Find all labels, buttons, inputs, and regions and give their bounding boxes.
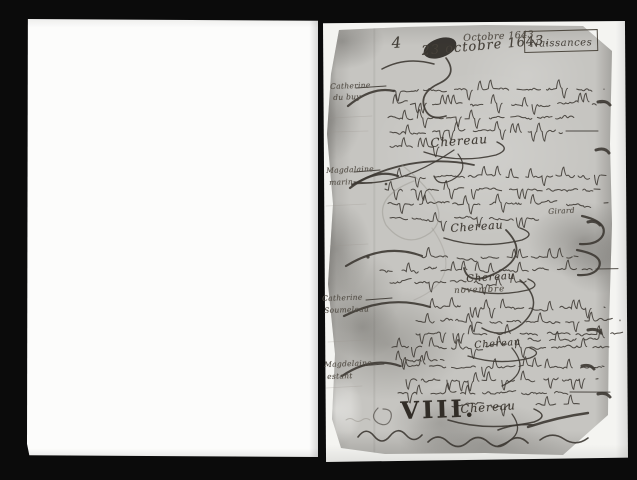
left-blank-page — [27, 19, 318, 457]
archive-scan: { "scan": { "background_color": "#0b0b0b… — [0, 0, 637, 480]
folio-number: 4 — [391, 33, 402, 52]
entry-1-margin-note-line-2: du buy — [333, 92, 361, 102]
entry-2-margin-note-line-2: marin — [329, 177, 353, 187]
entry-5-margin-note-line-1: Magdelaine — [324, 358, 372, 369]
entry-4-margin-note-line-2: Soumeleau — [324, 304, 369, 315]
entry-2-witness-name: Girard — [548, 206, 575, 216]
entry-4-margin-note-line-1: Catherine — [322, 293, 363, 303]
entry-5-margin-note-line-2: estant — [327, 371, 353, 381]
entry-2-margin-note-line-1: Magdalaine — [326, 164, 374, 175]
month-header: novembre — [454, 284, 505, 296]
entry-1-margin-note-line-1: Catherine — [330, 81, 371, 91]
